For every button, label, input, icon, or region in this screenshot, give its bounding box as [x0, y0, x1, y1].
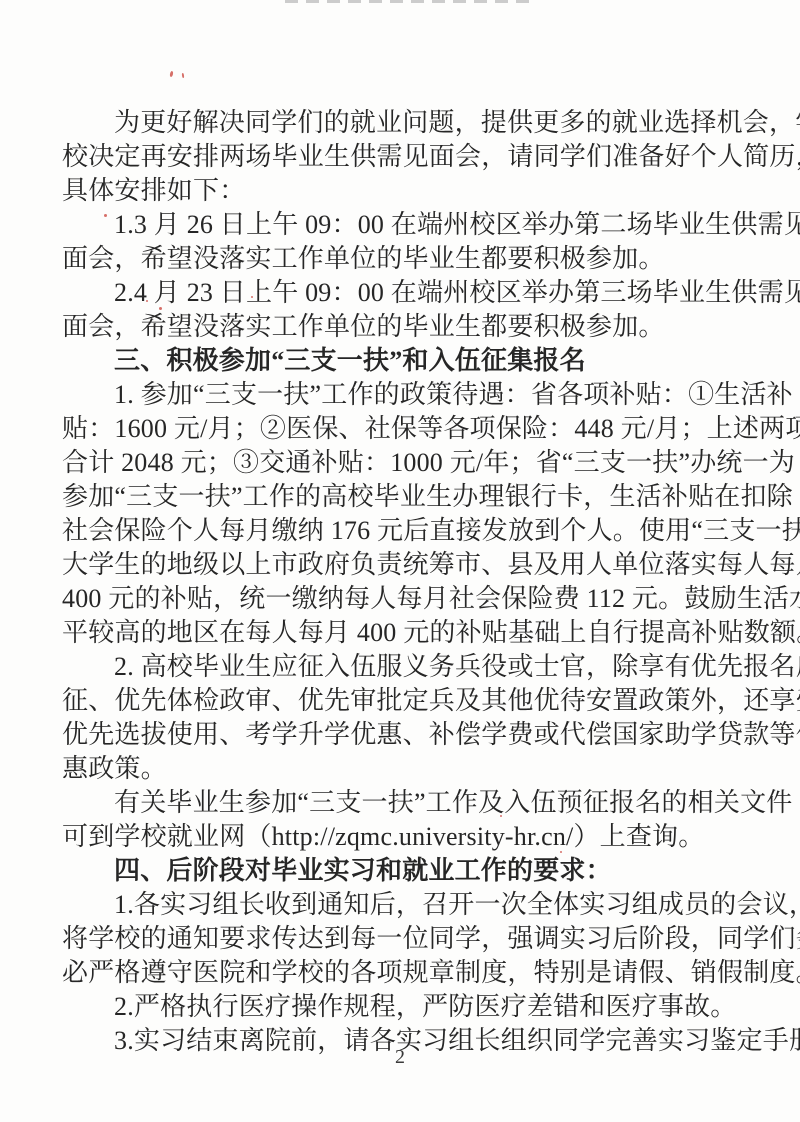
paragraph-line: 贴：1600 元/月；②医保、社保等各项保险：448 元/月；上述两项: [62, 412, 762, 446]
paragraph-line: 具体安排如下：: [62, 174, 762, 208]
paragraph-line: 平较高的地区在每人每月 400 元的补贴基础上自行提高补贴数额。: [62, 616, 762, 650]
page-number: 2: [0, 1046, 800, 1069]
paragraph-line: 参加“三支一扶”工作的高校毕业生办理银行卡，生活补贴在扣除: [62, 480, 762, 514]
policy-item-2: 2. 高校毕业生应征入伍服义务兵役或士官，除享有优先报名应: [62, 650, 762, 684]
paragraph-line: 将学校的通知要求传达到每一位同学，强调实习后阶段，同学们务: [62, 922, 762, 956]
paragraph-line: 面会，希望没落实工作单位的毕业生都要积极参加。: [62, 310, 762, 344]
red-ink-speckle: [169, 71, 173, 77]
list-item-meeting-1: 1.3 月 26 日上午 09：00 在端州校区举办第二场毕业生供需见: [62, 208, 762, 242]
requirement-item-2: 2.严格执行医疗操作规程，严防医疗差错和医疗事故。: [62, 990, 762, 1024]
policy-item-1: 1. 参加“三支一扶”工作的政策待遇：省各项补贴：①生活补: [62, 378, 762, 412]
paragraph-line: 惠政策。: [62, 752, 762, 786]
red-ink-speckle: [182, 73, 185, 78]
paragraph-line: 400 元的补贴，统一缴纳每人每月社会保险费 112 元。鼓励生活水: [62, 582, 762, 616]
requirement-item-1: 1.各实习组长收到通知后，召开一次全体实习组成员的会议，: [62, 888, 762, 922]
paragraph-line: 大学生的地级以上市政府负责统筹市、县及用人单位落实每人每月: [62, 548, 762, 582]
paragraph-line: 为更好解决同学们的就业问题，提供更多的就业选择机会，学: [62, 106, 762, 140]
paragraph-line: 必严格遵守医院和学校的各项规章制度，特别是请假、销假制度。: [62, 956, 762, 990]
paragraph-line: 社会保险个人每月缴纳 176 元后直接发放到个人。使用“三支一扶”: [62, 514, 762, 548]
paragraph-line: 合计 2048 元；③交通补贴：1000 元/年；省“三支一扶”办统一为: [62, 446, 762, 480]
employment-website-line: 可到学校就业网（http://zqmc.university-hr.cn/）上查…: [62, 820, 762, 854]
scanned-document-page: 为更好解决同学们的就业问题，提供更多的就业选择机会，学 校决定再安排两场毕业生供…: [0, 0, 800, 1122]
section-heading-three: 三、积极参加“三支一扶”和入伍征集报名: [62, 344, 762, 378]
document-body: 为更好解决同学们的就业问题，提供更多的就业选择机会，学 校决定再安排两场毕业生供…: [62, 106, 762, 1058]
paragraph-line: 有关毕业生参加“三支一扶”工作及入伍预征报名的相关文件: [62, 786, 762, 820]
paragraph-line: 面会，希望没落实工作单位的毕业生都要积极参加。: [62, 242, 762, 276]
list-item-meeting-2: 2.4 月 23 日上午 09：00 在端州校区举办第三场毕业生供需见: [62, 276, 762, 310]
paragraph-line: 优先选拔使用、考学升学优惠、补偿学费或代偿国家助学贷款等优: [62, 718, 762, 752]
paragraph-line: 校决定再安排两场毕业生供需见面会，请同学们准备好个人简历，: [62, 140, 762, 174]
paragraph-line: 征、优先体检政审、优先审批定兵及其他优待安置政策外，还享受: [62, 684, 762, 718]
scan-artifact-top-smudge: [285, 0, 530, 3]
section-heading-four: 四、后阶段对毕业实习和就业工作的要求：: [62, 854, 762, 888]
